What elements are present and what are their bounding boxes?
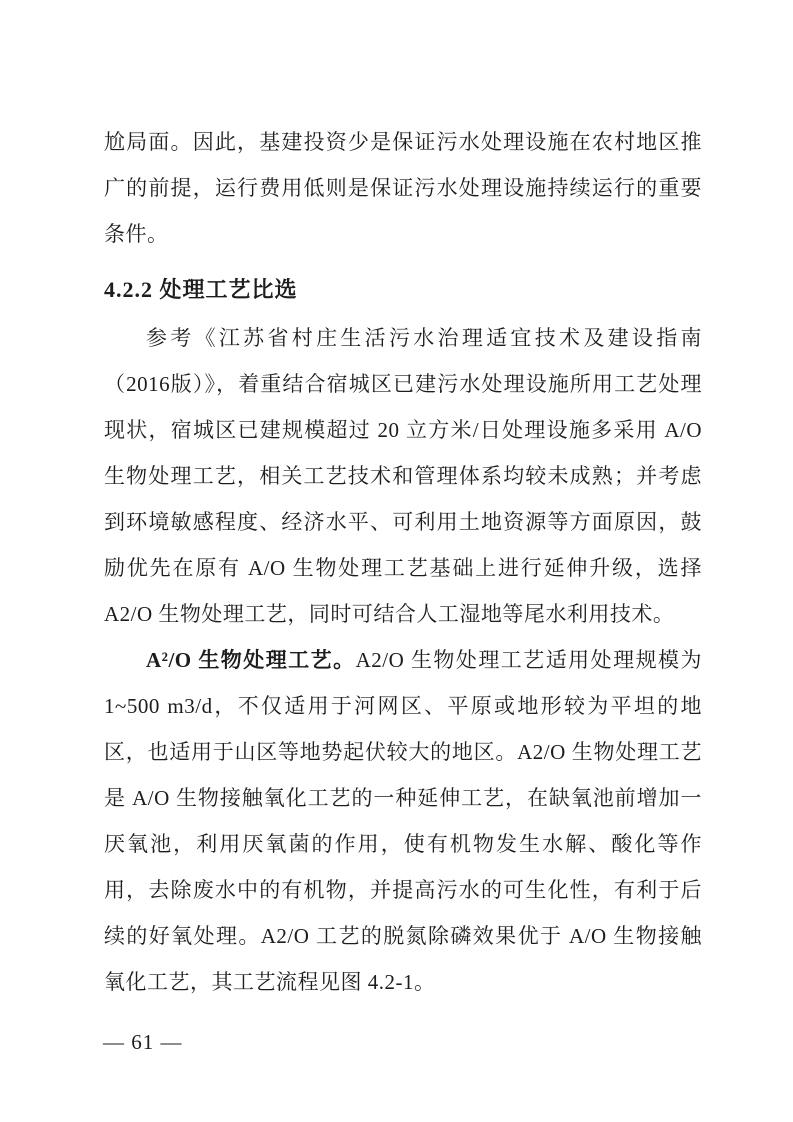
paragraph-a2o-process: A²/O 生物处理工艺。A2/O 生物处理工艺适用处理规模为 1~500 m3/… (104, 637, 702, 1005)
a2o-process-lead-bold: A²/O 生物处理工艺。 (146, 648, 356, 672)
paragraph-reference-guide: 参考《江苏省村庄生活污水治理适宜技术及建设指南（2016版）》，着重结合宿城区已… (104, 315, 702, 637)
a2o-process-body-text: A2/O 生物处理工艺适用处理规模为 1~500 m3/d，不仅适用于河网区、平… (104, 648, 702, 994)
document-page: 尬局面。因此，基建投资少是保证污水处理设施在农村地区推广的前提，运行费用低则是保… (0, 0, 793, 1122)
paragraph-continuation: 尬局面。因此，基建投资少是保证污水处理设施在农村地区推广的前提，运行费用低则是保… (104, 119, 702, 257)
page-number: — 61 — (103, 1030, 183, 1055)
page-content: 尬局面。因此，基建投资少是保证污水处理设施在农村地区推广的前提，运行费用低则是保… (104, 119, 702, 1005)
section-heading-4-2-2: 4.2.2 处理工艺比选 (104, 267, 702, 313)
